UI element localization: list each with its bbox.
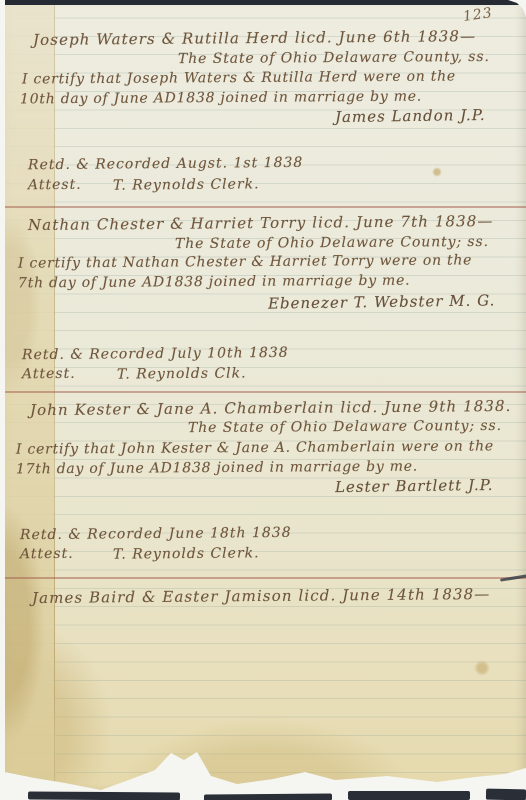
recording-block: Retd. & Recorded June 18th 1838 Attest. … [5, 0, 526, 792]
recorded-line: Retd. & Recorded June 18th 1838 [20, 525, 292, 543]
officiant-signature: James Landon J.P. [335, 106, 486, 126]
ledger-page: 123 Joseph Waters & Rutilla Herd licd. J… [5, 0, 526, 792]
marriage-record-entry: Joseph Waters & Rutilla Herd licd. June … [5, 0, 526, 792]
page-top-edge [5, 0, 526, 5]
certification-line: I certify that Joseph Waters & Rutilla H… [22, 68, 456, 87]
tape-repair-strip [5, 4, 55, 792]
record-divider-line [5, 391, 526, 393]
marriage-record-entry: James Baird & Easter Jamison licd. June … [5, 0, 526, 792]
book-edge-fragment [204, 793, 332, 800]
state-county-line: The State of Ohio Delaware County; ss. [188, 418, 502, 436]
license-line: John Kester & Jane A. Chamberlain licd. … [30, 397, 512, 419]
marriage-date-line: 17th day of June AD1838 joined in marria… [16, 459, 418, 478]
recording-block: Retd. & Recorded Augst. 1st 1838 Attest.… [5, 0, 526, 792]
state-county-line: The State of Ohio Delaware County; ss. [175, 234, 489, 252]
book-edge-fragment [348, 791, 470, 800]
license-line: Joseph Waters & Rutilla Herd licd. June … [33, 27, 476, 49]
scanned-ledger-sheet: 123 Joseph Waters & Rutilla Herd licd. J… [0, 0, 526, 800]
book-edge-fragment [486, 789, 526, 800]
officiant-signature: Ebenezer T. Webster M. G. [268, 291, 496, 312]
license-line: James Baird & Easter Jamison licd. June … [32, 585, 490, 607]
recorded-line: Retd. & Recorded July 10th 1838 [22, 345, 289, 363]
marriage-date-line: 10th day of June AD1838 joined in marria… [20, 89, 422, 108]
marriage-date-line: 7th day of June AD1838 joined in marriag… [18, 273, 410, 292]
clerk-signature: T. Reynolds Clk. [117, 365, 247, 382]
record-divider-line [5, 206, 526, 208]
marriage-record-entry: John Kester & Jane A. Chamberlain licd. … [5, 0, 526, 792]
page-number: 123 [462, 5, 494, 25]
recorded-line: Retd. & Recorded Augst. 1st 1838 [28, 155, 303, 173]
recording-block: Retd. & Recorded July 10th 1838 Attest. … [5, 0, 526, 792]
book-edge-fragment [28, 791, 180, 800]
clerk-signature: T. Reynolds Clerk. [113, 545, 260, 562]
license-line: Nathan Chester & Harriet Torry licd. Jun… [28, 212, 494, 234]
officiant-signature: Lester Bartlett J.P. [335, 476, 494, 496]
state-county-line: The State of Ohio Delaware County, ss. [178, 49, 490, 67]
certification-line: I certify that John Kester & Jane A. Cha… [16, 438, 494, 457]
certification-line: I certify that Nathan Chester & Harriet … [18, 252, 472, 271]
ink-smudge-mark [500, 573, 526, 581]
marriage-record-entry: Nathan Chester & Harriet Torry licd. Jun… [5, 0, 526, 792]
record-divider-line [5, 577, 526, 579]
clerk-signature: T. Reynolds Clerk. [113, 176, 260, 193]
